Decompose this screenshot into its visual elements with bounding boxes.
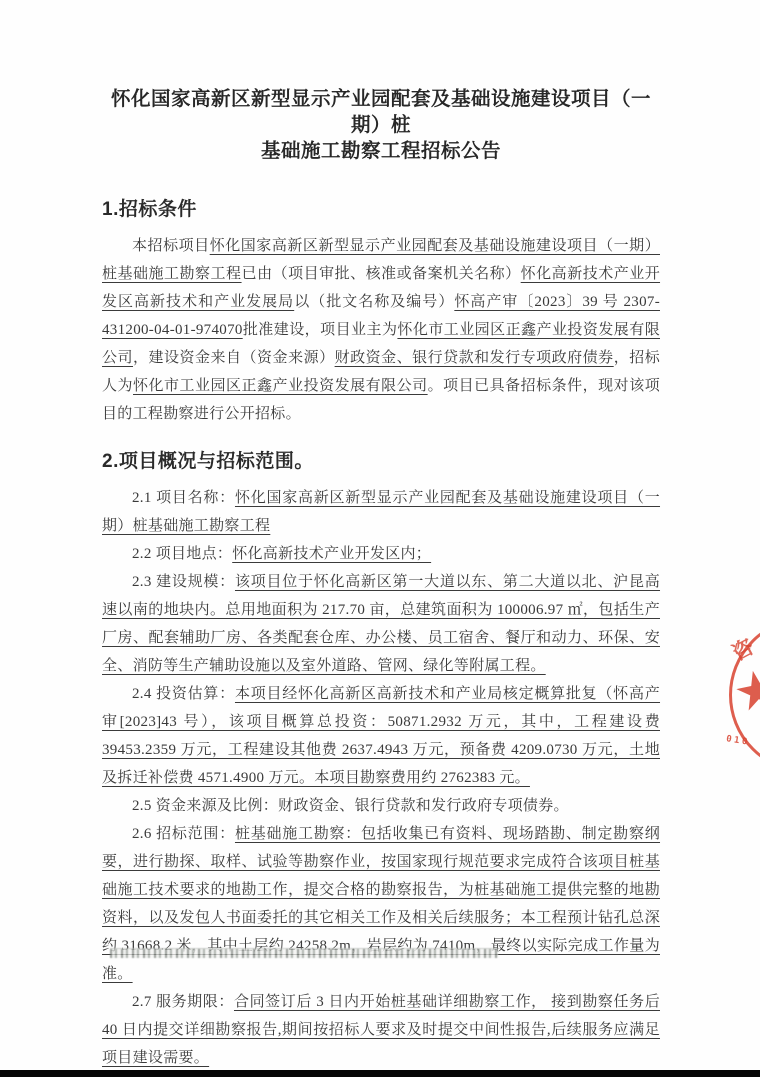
text-run: 2.7 服务期限： bbox=[132, 994, 234, 1010]
text-run: 2.1 项目名称： bbox=[132, 490, 235, 506]
underlined-text-run: 怀化市工业园区正鑫产业投资发展有限公司 bbox=[133, 378, 428, 394]
item-2-6-bidding-scope: 2.6 招标范围：桩基础施工勘察：包括收集已有资料、现场踏勘、制定勘察纲要，进行… bbox=[102, 820, 660, 988]
document-body: 怀化国家高新区新型显示产业园配套及基础设施建设项目（一期）桩 基础施工勘察工程招… bbox=[102, 86, 660, 1072]
text-run: 以（批文名称及编号） bbox=[294, 294, 454, 310]
title-line-2: 基础施工勘察工程招标公告 bbox=[102, 138, 660, 164]
item-2-5-funding-source: 2.5 资金来源及比例：财政资金、银行贷款和发行政府专项债券。 bbox=[102, 792, 660, 820]
section-1-paragraph: 本招标项目怀化国家高新区新型显示产业园配套及基础设施建设项目（一期）桩基础施工勘… bbox=[102, 232, 660, 428]
item-2-3-construction-scale: 2.3 建设规模：该项目位于怀化高新区第一大道以东、第二大道以北、沪昆高速以南的… bbox=[102, 568, 660, 680]
text-run: 批准建设，项目业主为 bbox=[243, 322, 398, 338]
underlined-text-run: 财政资金、银行贷款和发行专项政府债券 bbox=[335, 350, 614, 366]
text-run: 已由（项目审批、核准或备案机关名称） bbox=[242, 266, 521, 282]
item-2-1-project-name: 2.1 项目名称：怀化国家高新区新型显示产业园配套及基础设施建设项目（一期）桩基… bbox=[102, 484, 660, 540]
document-title: 怀化国家高新区新型显示产业园配套及基础设施建设项目（一期）桩 基础施工勘察工程招… bbox=[102, 86, 660, 164]
scanned-document-page: 怀化国家高新区新型显示产业园配套及基础设施建设项目（一期）桩 基础施工勘察工程招… bbox=[0, 0, 760, 1077]
text-run: 2.5 资金来源及比例：财政资金、银行贷款和发行政府专项债券。 bbox=[132, 798, 569, 814]
item-2-2-project-location: 2.2 项目地点：怀化高新技术产业开发区内； bbox=[102, 540, 660, 568]
item-2-4-investment-estimate: 2.4 投资估算：本项目经怀化高新区高新技术和产业局核定概算批复（怀高产审[20… bbox=[102, 680, 660, 792]
scan-artifact-strip bbox=[110, 948, 498, 958]
text-run: 2.6 招标范围： bbox=[132, 826, 235, 842]
underlined-text-run: 桩基础施工勘察：包括收集已有资料、现场踏勘、制定勘察纲要，进行勘探、取样、试验等… bbox=[102, 826, 660, 982]
text-run: ，建设资金来自（资金来源） bbox=[133, 350, 335, 366]
text-run: 本招标项目 bbox=[132, 238, 210, 254]
title-line-1: 怀化国家高新区新型显示产业园配套及基础设施建设项目（一期）桩 bbox=[102, 86, 660, 138]
text-run: 2.2 项目地点： bbox=[132, 546, 232, 562]
underlined-text-run: 怀化高新技术产业开发区内； bbox=[232, 546, 431, 562]
text-run: 2.4 投资估算： bbox=[132, 686, 235, 702]
item-2-7-service-period: 2.7 服务期限：合同签订后 3 日内开始桩基础详细勘察工作， 接到勘察任务后 … bbox=[102, 988, 660, 1072]
red-seal-stamp: 咨 ★ 010 bbox=[724, 610, 760, 774]
section-2-heading: 2.项目概况与招标范围。 bbox=[102, 450, 660, 474]
text-run: 2.3 建设规模： bbox=[132, 574, 235, 590]
section-1-heading: 1.招标条件 bbox=[102, 198, 660, 222]
scan-bottom-edge bbox=[0, 1070, 760, 1077]
